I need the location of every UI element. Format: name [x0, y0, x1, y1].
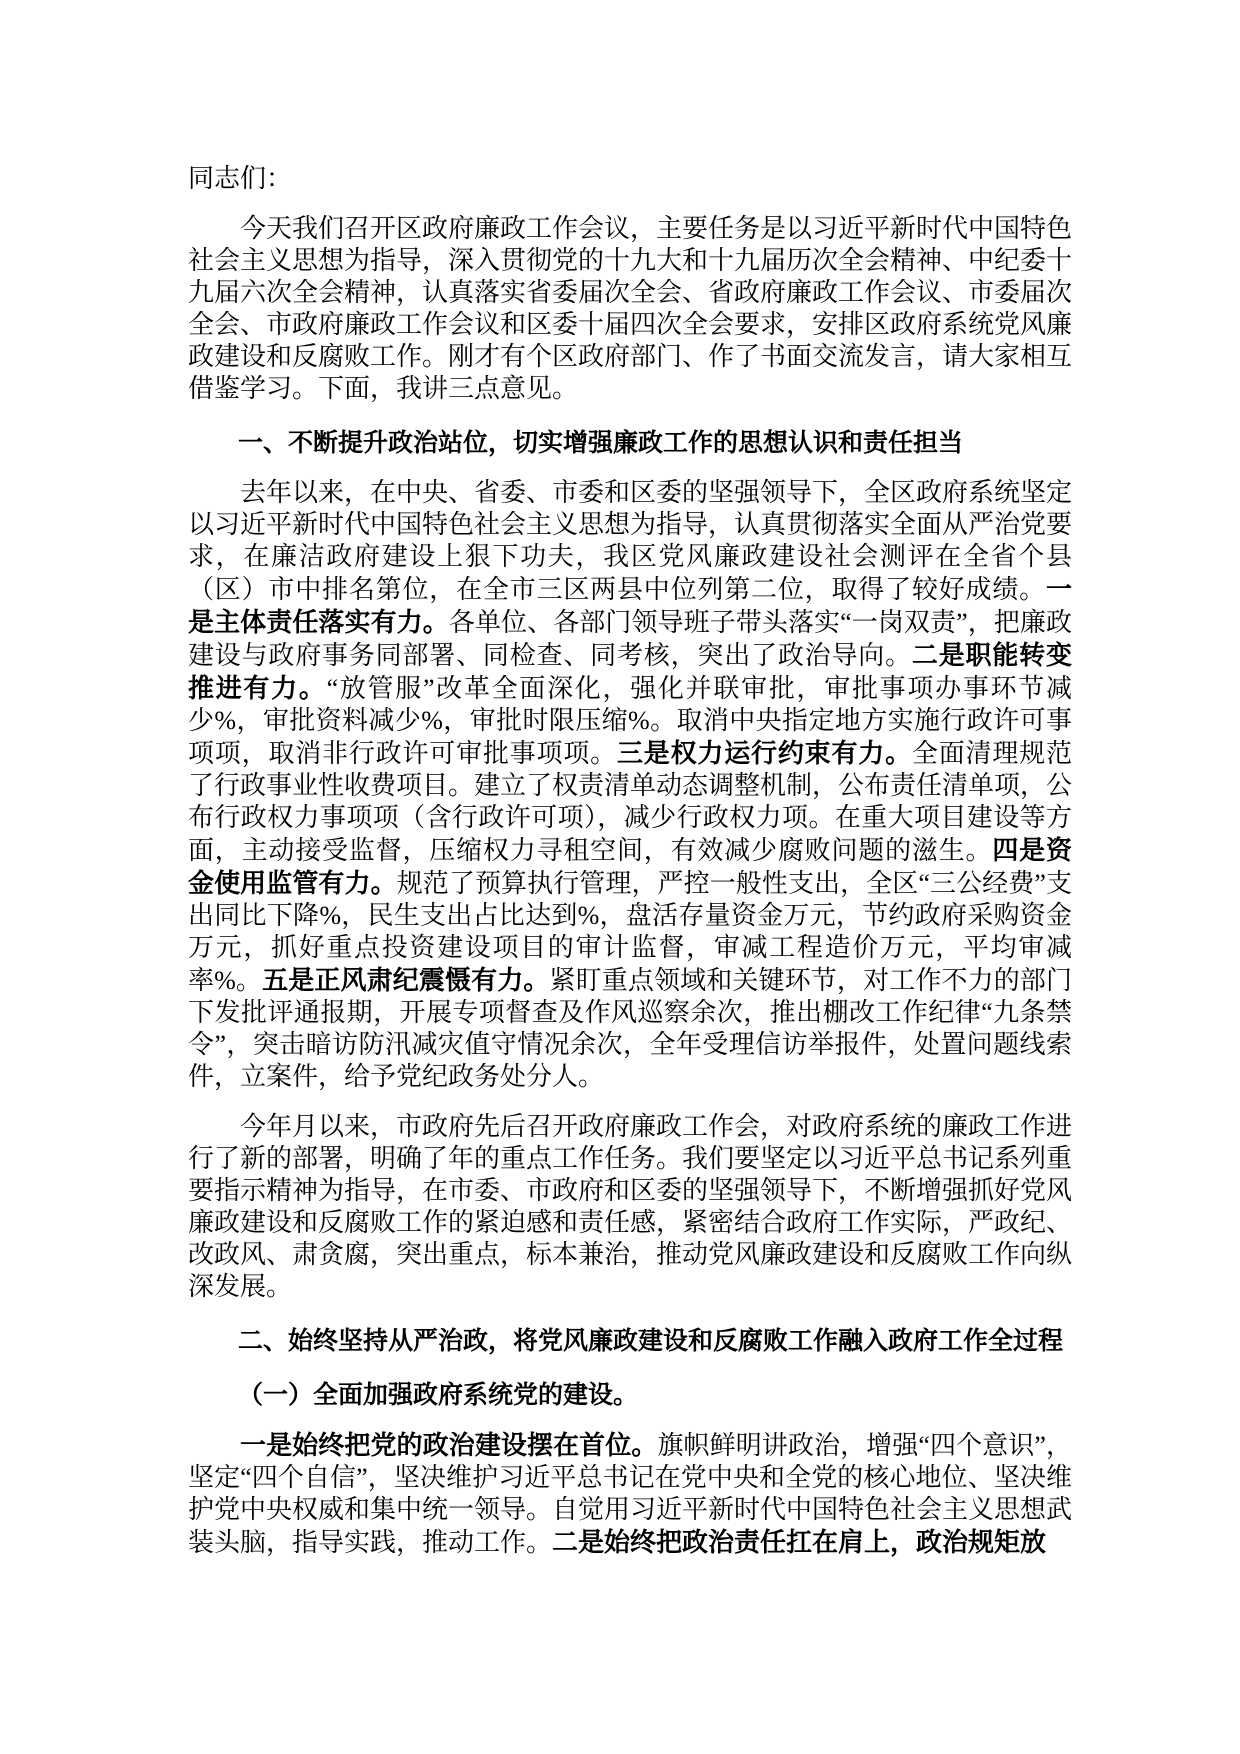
body-text: 去年以来，在中央、省委、市委和区委的坚强领导下，全区政府系统坚定以习近平新时代中… [188, 478, 1072, 604]
body-paragraph: 一是始终把党的政治建设摆在首位。旗帜鲜明讲政治，增强“四个意识”，坚定“四个自信… [188, 1429, 1072, 1559]
body-paragraph: 今天我们召开区政府廉政工作会议，主要任务是以习近平新时代中国特色社会主义思想为指… [188, 213, 1072, 405]
body-text: 同志们： [188, 164, 292, 193]
body-text: 今年月以来，市政府先后召开政府廉政工作会，对政府系统的廉政工作进行了新的部署，明… [188, 1112, 1072, 1301]
document-body: 同志们：今天我们召开区政府廉政工作会议，主要任务是以习近平新时代中国特色社会主义… [188, 163, 1072, 1577]
body-paragraph: 去年以来，在中央、省委、市委和区委的坚强领导下，全区政府系统坚定以习近平新时代中… [188, 477, 1072, 1093]
emphasis-text: 三是权力运行约束有力。 [617, 738, 912, 768]
emphasis-text: （一）全面加强政府系统党的建设。 [238, 1381, 638, 1409]
emphasis-text: 二是始终把政治责任扛在肩上，政治规矩放 [552, 1527, 1046, 1557]
emphasis-text: 一、不断提升政治站位，切实增强廉政工作的思想认识和责任担当 [238, 429, 963, 457]
emphasis-text: 五是正风肃纪震慑有力。 [262, 965, 549, 995]
body-text: 今天我们召开区政府廉政工作会议，主要任务是以习近平新时代中国特色社会主义思想为指… [188, 214, 1072, 403]
subsection-heading: （一）全面加强政府系统党的建设。 [188, 1375, 1072, 1411]
emphasis-text: 一是始终把党的政治建设摆在首位。 [240, 1430, 657, 1460]
section-heading: 二、始终坚持从严治政，将党风廉政建设和反腐败工作融入政府工作全过程 [188, 1321, 1072, 1357]
emphasis-text: 二、始终坚持从严治政，将党风廉政建设和反腐败工作融入政府工作全过程 [238, 1327, 1063, 1355]
salutation-paragraph: 同志们： [188, 163, 1072, 195]
body-paragraph: 今年月以来，市政府先后召开政府廉政工作会，对政府系统的廉政工作进行了新的部署，明… [188, 1111, 1072, 1303]
section-heading: 一、不断提升政治站位，切实增强廉政工作的思想认识和责任担当 [188, 423, 1072, 459]
document-page: 同志们：今天我们召开区政府廉政工作会议，主要任务是以习近平新时代中国特色社会主义… [0, 0, 1240, 1754]
